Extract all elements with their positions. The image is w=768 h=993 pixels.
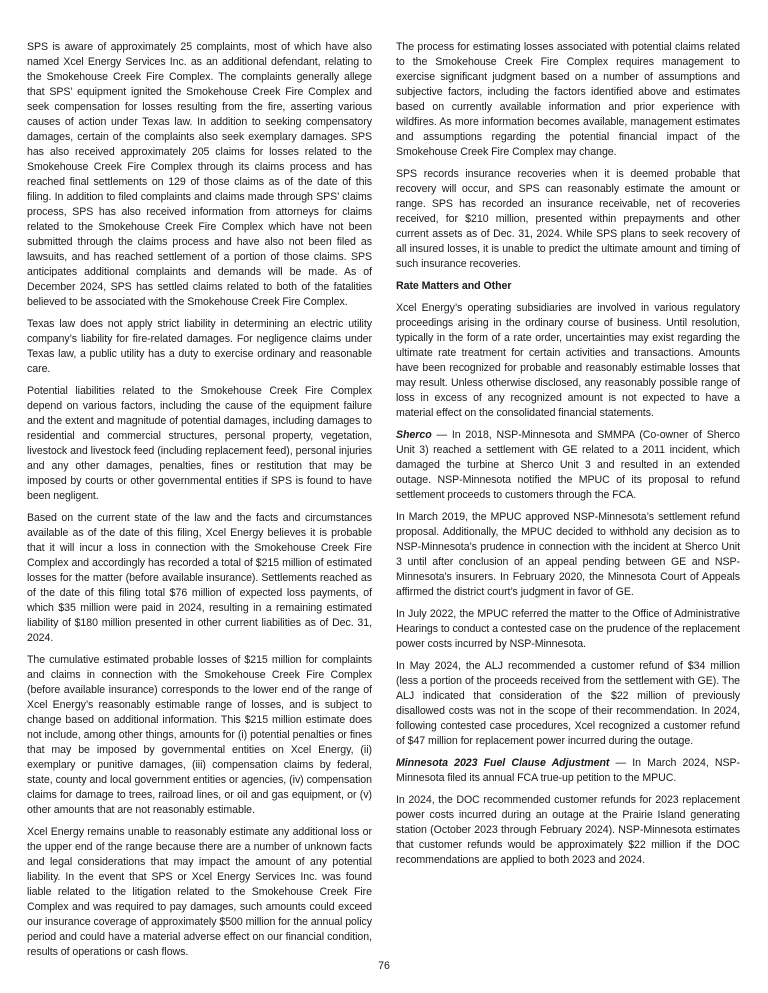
paragraph-unable-to-estimate: Xcel Energy remains unable to reasonably…: [27, 825, 372, 960]
paragraph-cumulative-estimate: The cumulative estimated probable losses…: [27, 653, 372, 818]
paragraph-estimation-process: The process for estimating losses associ…: [396, 40, 740, 160]
page-number: 76: [0, 960, 768, 972]
left-column: SPS is aware of approximately 25 complai…: [27, 40, 372, 967]
paragraph-texas-law: Texas law does not apply strict liabilit…: [27, 317, 372, 377]
section-heading-rate-matters: Rate Matters and Other: [396, 279, 740, 294]
sherco-lead: Sherco: [396, 429, 432, 441]
right-column: The process for estimating losses associ…: [396, 40, 740, 875]
paragraph-sherco-2019: In March 2019, the MPUC approved NSP-Min…: [396, 510, 740, 600]
fuel-clause-lead: Minnesota 2023 Fuel Clause Adjustment: [396, 757, 609, 769]
paragraph-sherco-2022: In July 2022, the MPUC referred the matt…: [396, 607, 740, 652]
sherco-text: — In 2018, NSP-Minnesota and SMMPA (Co-o…: [396, 429, 740, 501]
paragraph-sherco-2024: In May 2024, the ALJ recommended a custo…: [396, 659, 740, 749]
paragraph-sherco: Sherco — In 2018, NSP-Minnesota and SMMP…: [396, 428, 740, 503]
paragraph-recorded-losses: Based on the current state of the law an…: [27, 511, 372, 646]
paragraph-fuel-clause: Minnesota 2023 Fuel Clause Adjustment — …: [396, 756, 740, 786]
paragraph-complaints: SPS is aware of approximately 25 complai…: [27, 40, 372, 310]
paragraph-insurance-recoveries: SPS records insurance recoveries when it…: [396, 167, 740, 272]
paragraph-rate-matters-intro: Xcel Energy’s operating subsidiaries are…: [396, 301, 740, 421]
paragraph-potential-liabilities: Potential liabilities related to the Smo…: [27, 384, 372, 504]
paragraph-doc-recommendation: In 2024, the DOC recommended customer re…: [396, 793, 740, 868]
